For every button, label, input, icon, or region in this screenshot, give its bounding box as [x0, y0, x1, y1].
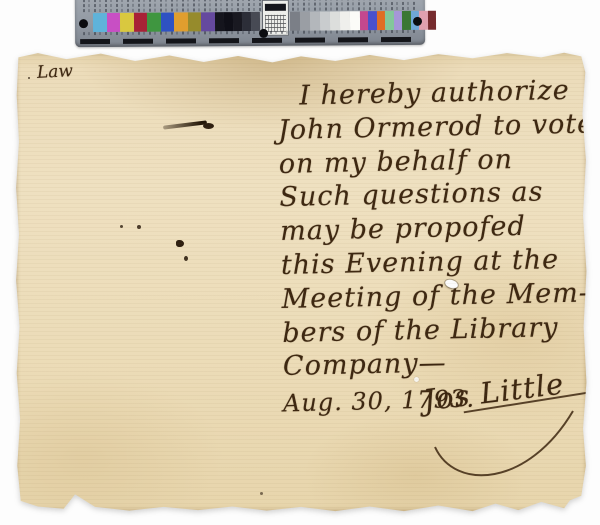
scanned-document-page: Law I hereby authorize John Ormerod to v… — [0, 0, 600, 525]
ink-smudge — [163, 120, 207, 129]
color-patch — [289, 12, 299, 31]
color-patch — [106, 13, 120, 32]
handwritten-body: I hereby authorize John Ormerod to vote … — [277, 73, 599, 384]
color-patch — [393, 11, 402, 30]
ink-speck — [137, 225, 141, 229]
body-line: John Ormerod to vote — [278, 107, 595, 147]
color-patch — [427, 11, 436, 30]
ink-speck — [28, 77, 30, 79]
registration-dot-icon — [79, 19, 88, 28]
ink-speck — [184, 256, 188, 261]
color-patch — [329, 11, 339, 30]
color-patch — [402, 11, 411, 30]
color-patch — [385, 11, 394, 30]
document-paper: Law I hereby authorize John Ormerod to v… — [15, 49, 587, 512]
ink-speck — [120, 225, 123, 228]
color-patch — [223, 12, 232, 31]
color-patch — [147, 13, 161, 32]
document-paper-wrap: Law I hereby authorize John Ormerod to v… — [15, 49, 587, 512]
paper-flaw-dot — [414, 377, 419, 382]
color-patch — [120, 13, 134, 32]
color-patch — [349, 11, 359, 30]
ink-blot — [203, 123, 214, 129]
color-patch — [174, 12, 188, 31]
body-line: bers of the Library — [282, 310, 599, 350]
color-calibration-bar — [75, 0, 425, 47]
color-patch — [160, 13, 174, 32]
color-patch — [299, 12, 309, 31]
color-patch — [232, 12, 241, 31]
color-patch — [339, 11, 349, 30]
ruler-dash-marks — [80, 37, 420, 44]
registration-dot-icon — [413, 17, 422, 26]
color-patch — [201, 12, 215, 31]
registration-dot-icon — [259, 29, 268, 38]
color-patch — [309, 12, 319, 31]
corner-annotation: Law — [37, 61, 74, 83]
color-patch — [214, 12, 223, 31]
color-patch — [359, 11, 368, 30]
color-patch — [376, 11, 385, 30]
color-patch — [250, 12, 259, 31]
color-patch — [133, 13, 147, 32]
ink-blot — [176, 240, 184, 247]
color-patch — [241, 12, 250, 31]
ink-speck — [260, 492, 263, 495]
color-patch — [93, 13, 107, 32]
color-patch — [319, 11, 329, 30]
color-patch — [368, 11, 377, 30]
color-patch — [187, 12, 201, 31]
